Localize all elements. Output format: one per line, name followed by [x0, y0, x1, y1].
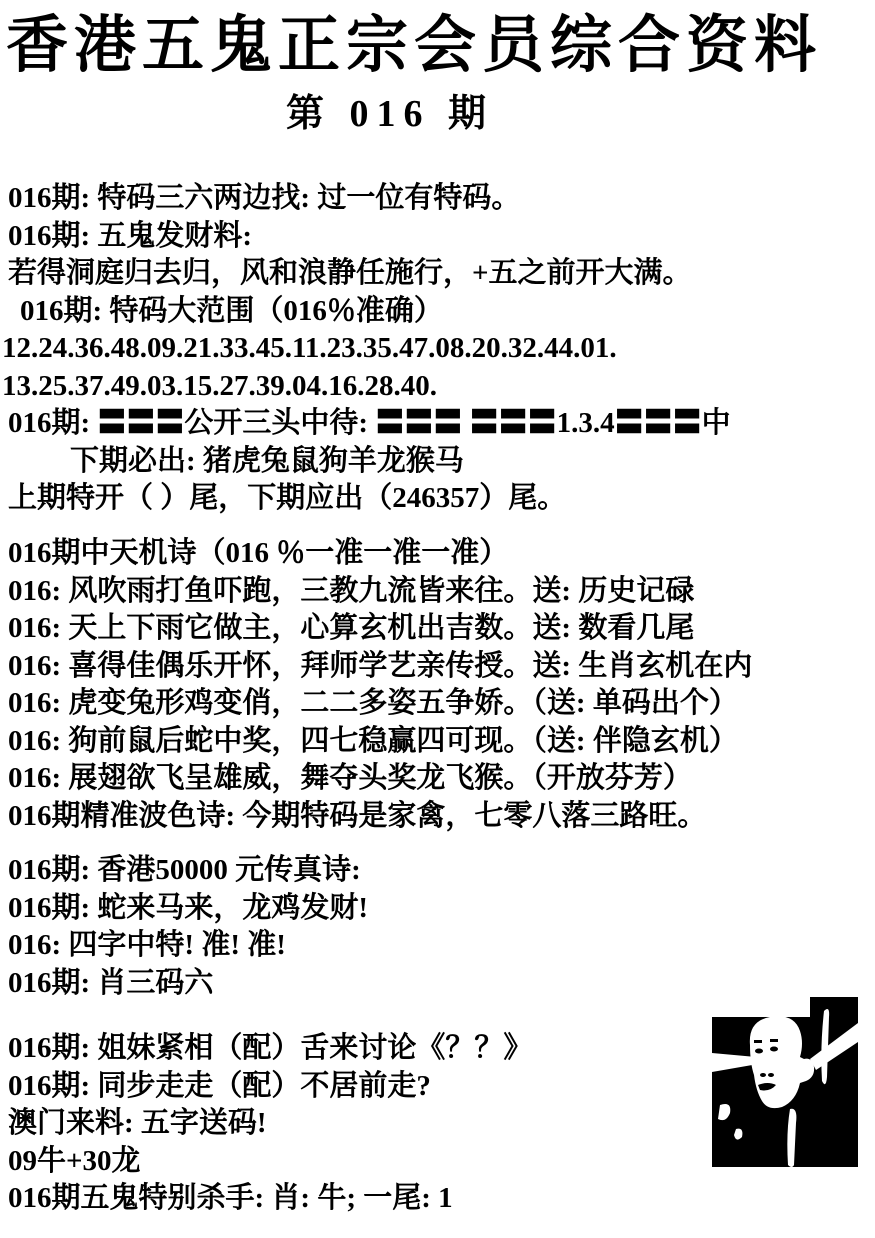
- tianji-poem-heading: 016期中天机诗（016 ％一准一准一准）: [8, 535, 875, 573]
- fax-poem-heading: 016期: 香港50000 元传真诗:: [8, 852, 875, 890]
- section-tianji-poems: 016期中天机诗（016 ％一准一准一准） 016: 风吹雨打鱼吓跑，三教九流皆…: [8, 535, 875, 835]
- section-special-code-tips: 016期: 特码三六两边找: 过一位有特码。 016期: 五鬼发财料: 若得洞庭…: [8, 180, 875, 518]
- page-title: 香港五鬼正宗会员综合资料: [6, 4, 875, 88]
- big-range-heading: 016期: 特码大范围（016％准确）: [8, 293, 875, 331]
- portrait-image: [712, 997, 858, 1169]
- tianji-poem-line-5: 016: 狗前鼠后蛇中奖，四七稳赢四可现。（送: 伴隐玄机）: [8, 723, 875, 761]
- tianji-poem-line-6: 016: 展翅欲飞呈雄威，舞夺头奖龙飞猴。（开放芬芳）: [8, 760, 875, 798]
- tianji-poem-line-1: 016: 风吹雨打鱼吓跑，三教九流皆来往。送: 历史记碌: [8, 573, 875, 611]
- section-fax-poems: 016期: 香港50000 元传真诗: 016期: 蛇来马来，龙鸡发财! 016…: [8, 852, 875, 1002]
- tianji-poem-line-2: 016: 天上下雨它做主，心算玄机出吉数。送: 数看几尾: [8, 610, 875, 648]
- number-row-2: 13.25.37.49.03.15.27.39.04.16.28.40.: [2, 368, 875, 406]
- bose-poem-line: 016期精准波色诗: 今期特码是家禽，七零八落三路旺。: [8, 798, 875, 836]
- three-heads-line: 016期: 〓〓〓公开三头中待: 〓〓〓 〓〓〓1.3.4〓〓〓中: [8, 405, 875, 443]
- tianji-poem-line-3: 016: 喜得佳偶乐开怀，拜师学艺亲传授。送: 生肖玄机在内: [8, 648, 875, 686]
- fax-poem-line: 016期: 蛇来马来，龙鸡发财!: [8, 890, 875, 928]
- special-killer-line: 016期五鬼特别杀手: 肖: 牛; 一尾: 1: [8, 1180, 875, 1218]
- issue-heading: 第 016 期: [0, 90, 780, 138]
- number-row-1: 12.24.36.48.09.21.33.45.11.23.35.47.08.2…: [2, 330, 875, 368]
- tail-prediction-line: 上期特开（ ）尾，下期应出（246357）尾。: [8, 480, 875, 518]
- tianji-poem-line-4: 016: 虎变兔形鸡变俏，二二多姿五争娇。（送: 单码出个）: [8, 685, 875, 723]
- portrait-bitmap: [712, 997, 858, 1169]
- fortune-verse-line: 若得洞庭归去归，风和浪静任施行，+五之前开大满。: [8, 255, 875, 293]
- next-issue-zodiac-line: 下期必出: 猪虎兔鼠狗羊龙猴马: [8, 443, 875, 481]
- special-code-hint-line: 016期: 特码三六两边找: 过一位有特码。: [8, 180, 875, 218]
- four-char-special-line: 016: 四字中特! 准! 准!: [8, 927, 875, 965]
- wugui-fortune-heading: 016期: 五鬼发财料:: [8, 218, 875, 256]
